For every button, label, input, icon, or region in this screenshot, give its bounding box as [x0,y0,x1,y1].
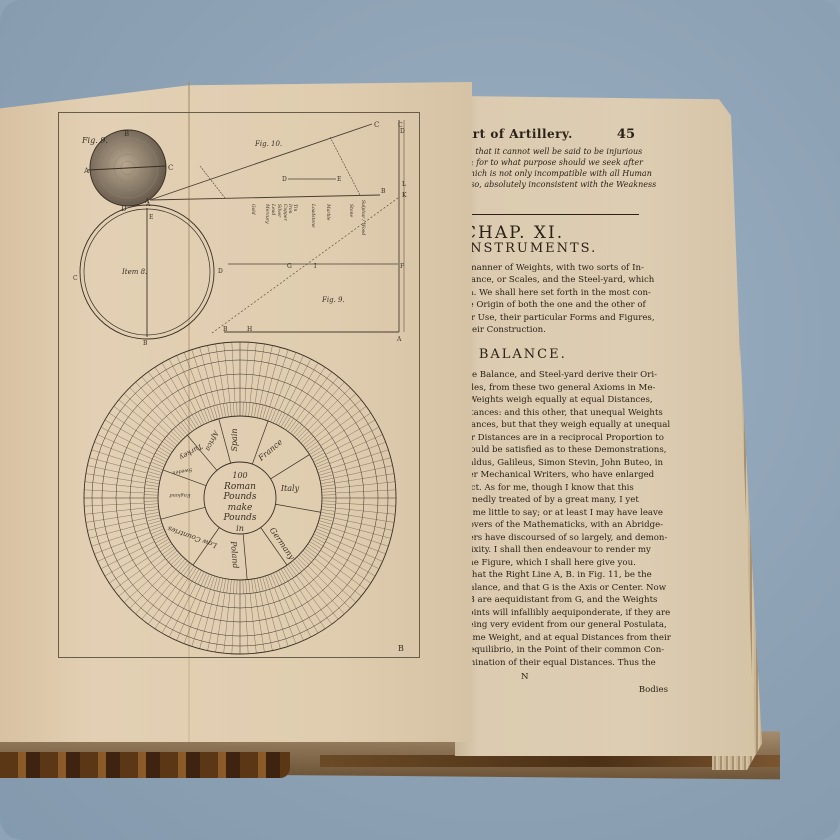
svg-text:C: C [73,275,78,282]
svg-text:D: D [218,268,223,275]
svg-text:L: L [402,181,406,188]
plate-corner-label: B [398,644,404,653]
svg-text:H: H [247,326,252,333]
wheel-text: Pounds [222,492,256,502]
svg-text:E: E [337,176,341,183]
scale-label: Stone [348,204,354,217]
svg-text:E: E [149,214,153,221]
fig-label: Item 8. [121,268,147,276]
svg-text:B: B [124,130,129,138]
svg-text:K: K [402,192,407,199]
country-label: Poland [229,540,240,569]
scale-label: Loadstone [310,203,316,228]
scale-label: Lead [270,203,276,215]
photo-frame: Art of Artillery. 45 le, that it cannot … [0,0,840,840]
country-label: France [256,437,285,463]
svg-text:B: B [381,188,386,195]
scale-label: Marble [325,203,331,221]
scale-label: Mercury [264,203,270,224]
scale-label: Sulphur / Wood [360,200,366,235]
scale-label: Gold [250,204,256,215]
wheel-text: make [228,503,253,513]
country-label: England [169,492,191,498]
wheel-text: in [236,524,244,533]
engraving: Fig. 9. B A C D Fig. 10. C C D D E B L K… [0,0,840,840]
country-label: Low Countries [166,524,219,550]
country-label: Spain [230,428,239,451]
fig-label: Fig. 10. [254,140,282,148]
fig9-diagram [224,264,399,332]
sphere-figure: Fig. 9. B A C D [81,130,173,213]
fig-label: Fig. 9. [321,296,345,304]
fig-label: Fig. 9. [81,136,108,145]
country-label: Italy [280,484,300,493]
wheel-center-text: 100 Roman Pounds make Pounds in [222,471,256,533]
scale-label: Tin [292,204,298,211]
svg-text:C: C [168,164,173,172]
svg-text:C: C [374,121,379,129]
wheel-text: 100 [232,471,247,480]
country-label: Sweden [172,466,193,475]
svg-text:A: A [396,336,402,343]
svg-text:F: F [400,263,404,270]
country-label: Turkey [177,442,203,462]
svg-text:A: A [83,167,90,175]
svg-text:B: B [223,326,228,333]
scale-label: Silver [276,204,282,218]
material-scale-labels: Gold Mercury Lead Silver Copper Iron Tin… [250,200,366,235]
country-label: Africa [204,429,221,453]
wheel-text: Pounds [222,513,256,523]
svg-text:A: A [145,201,151,208]
svg-text:G: G [287,263,292,270]
svg-text:B: B [143,340,148,347]
svg-text:D: D [400,128,405,135]
svg-text:D: D [282,176,287,183]
wheel-text: Roman [223,482,256,492]
